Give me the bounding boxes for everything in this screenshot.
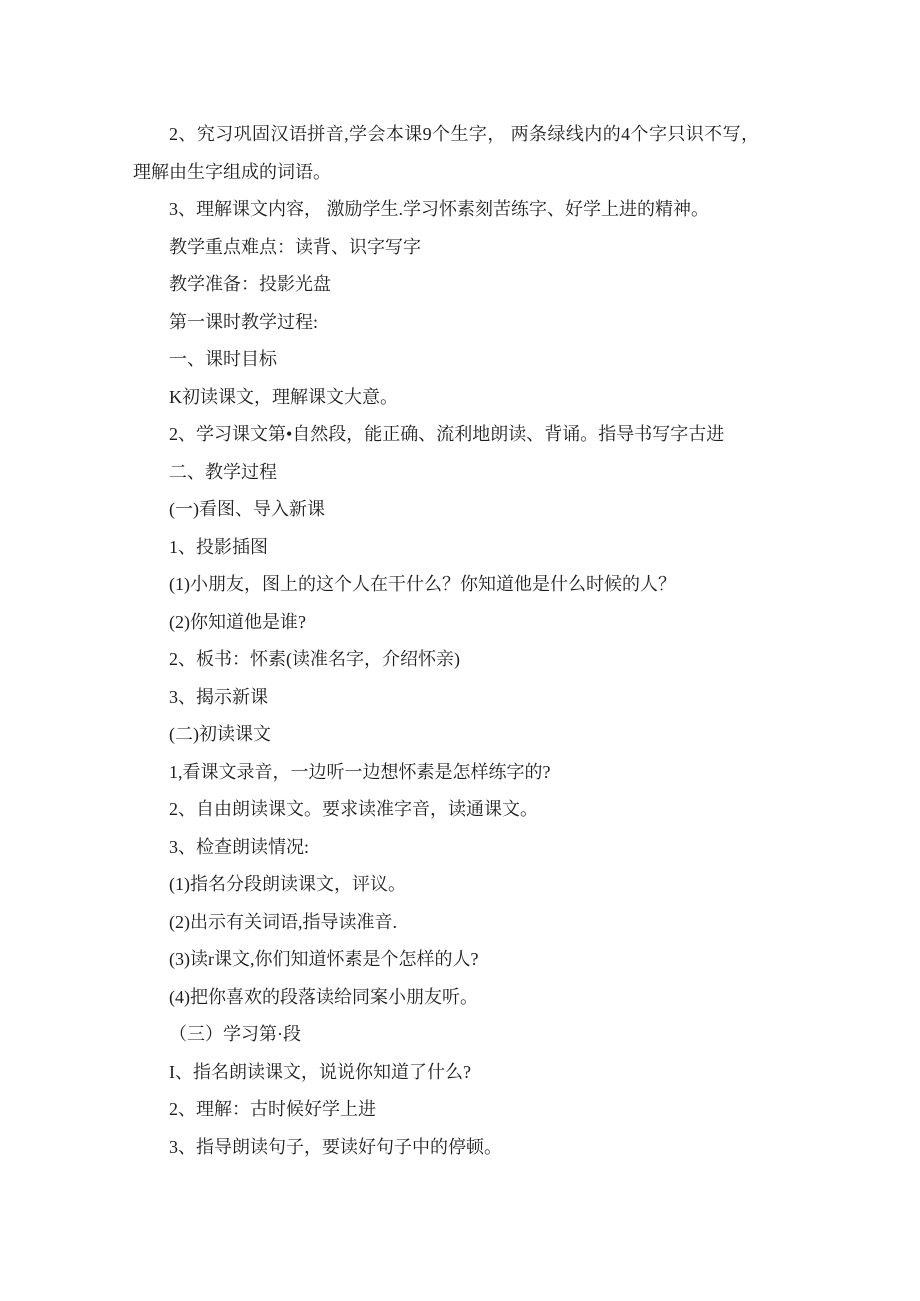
paragraph: (1)小朋友，图上的这个人在干什么？你知道他是什么时候的人？ bbox=[133, 566, 759, 604]
paragraph: 1,看课文录音，一边听一边想怀素是怎样练字的? bbox=[133, 754, 759, 792]
paragraph: 教学准备：投影光盘 bbox=[133, 266, 759, 304]
paragraph: 一、课时目标 bbox=[133, 341, 759, 379]
document-page: 2、究习巩固汉语拼音,学会本课9个生字， 两条绿线内的4个字只识不写，理解由生字… bbox=[0, 0, 920, 1301]
paragraph: 2、板书：怀素(读准名字，介绍怀亲) bbox=[133, 641, 759, 679]
paragraph: 2、学习课文第•自然段，能正确、流利地朗读、背诵。指导书写字古进 bbox=[133, 416, 759, 454]
paragraph: (一)看图、导入新课 bbox=[133, 491, 759, 529]
paragraph: 2、理解：古时候好学上进 bbox=[133, 1091, 759, 1129]
paragraph: 3、检查朗读情况: bbox=[133, 829, 759, 867]
document-text-block: 2、究习巩固汉语拼音,学会本课9个生字， 两条绿线内的4个字只识不写，理解由生字… bbox=[133, 116, 759, 1166]
paragraph: 3、揭示新课 bbox=[133, 679, 759, 717]
paragraph: 2、究习巩固汉语拼音,学会本课9个生字， 两条绿线内的4个字只识不写，理解由生字… bbox=[133, 116, 759, 191]
paragraph: 2、自由朗读课文。要求读准字音，读通课文。 bbox=[133, 791, 759, 829]
paragraph: 3、理解课文内容， 激励学生.学习怀素刻苦练字、好学上进的精神。 bbox=[133, 191, 759, 229]
paragraph: (1)指名分段朗读课文，评议。 bbox=[133, 866, 759, 904]
paragraph: 1、投影插图 bbox=[133, 529, 759, 567]
paragraph: 3、指导朗读句子，要读好句子中的停顿。 bbox=[133, 1129, 759, 1167]
paragraph: (2)你知道他是谁? bbox=[133, 604, 759, 642]
paragraph: 第一课时教学过程: bbox=[133, 304, 759, 342]
paragraph: (3)读r课文,你们知道怀素是个怎样的人? bbox=[133, 941, 759, 979]
paragraph: 二、教学过程 bbox=[133, 454, 759, 492]
paragraph: (2)出示有关词语,指导读准音. bbox=[133, 904, 759, 942]
paragraph: 教学重点难点：读背、识字写字 bbox=[133, 229, 759, 267]
paragraph: (二)初读课文 bbox=[133, 716, 759, 754]
paragraph: I、指名朗读课文，说说你知道了什么? bbox=[133, 1054, 759, 1092]
paragraph: （三）学习第·段 bbox=[133, 1016, 759, 1054]
paragraph: K初读课文，理解课文大意。 bbox=[133, 379, 759, 417]
paragraph: (4)把你喜欢的段落读给同案小朋友听。 bbox=[133, 979, 759, 1017]
